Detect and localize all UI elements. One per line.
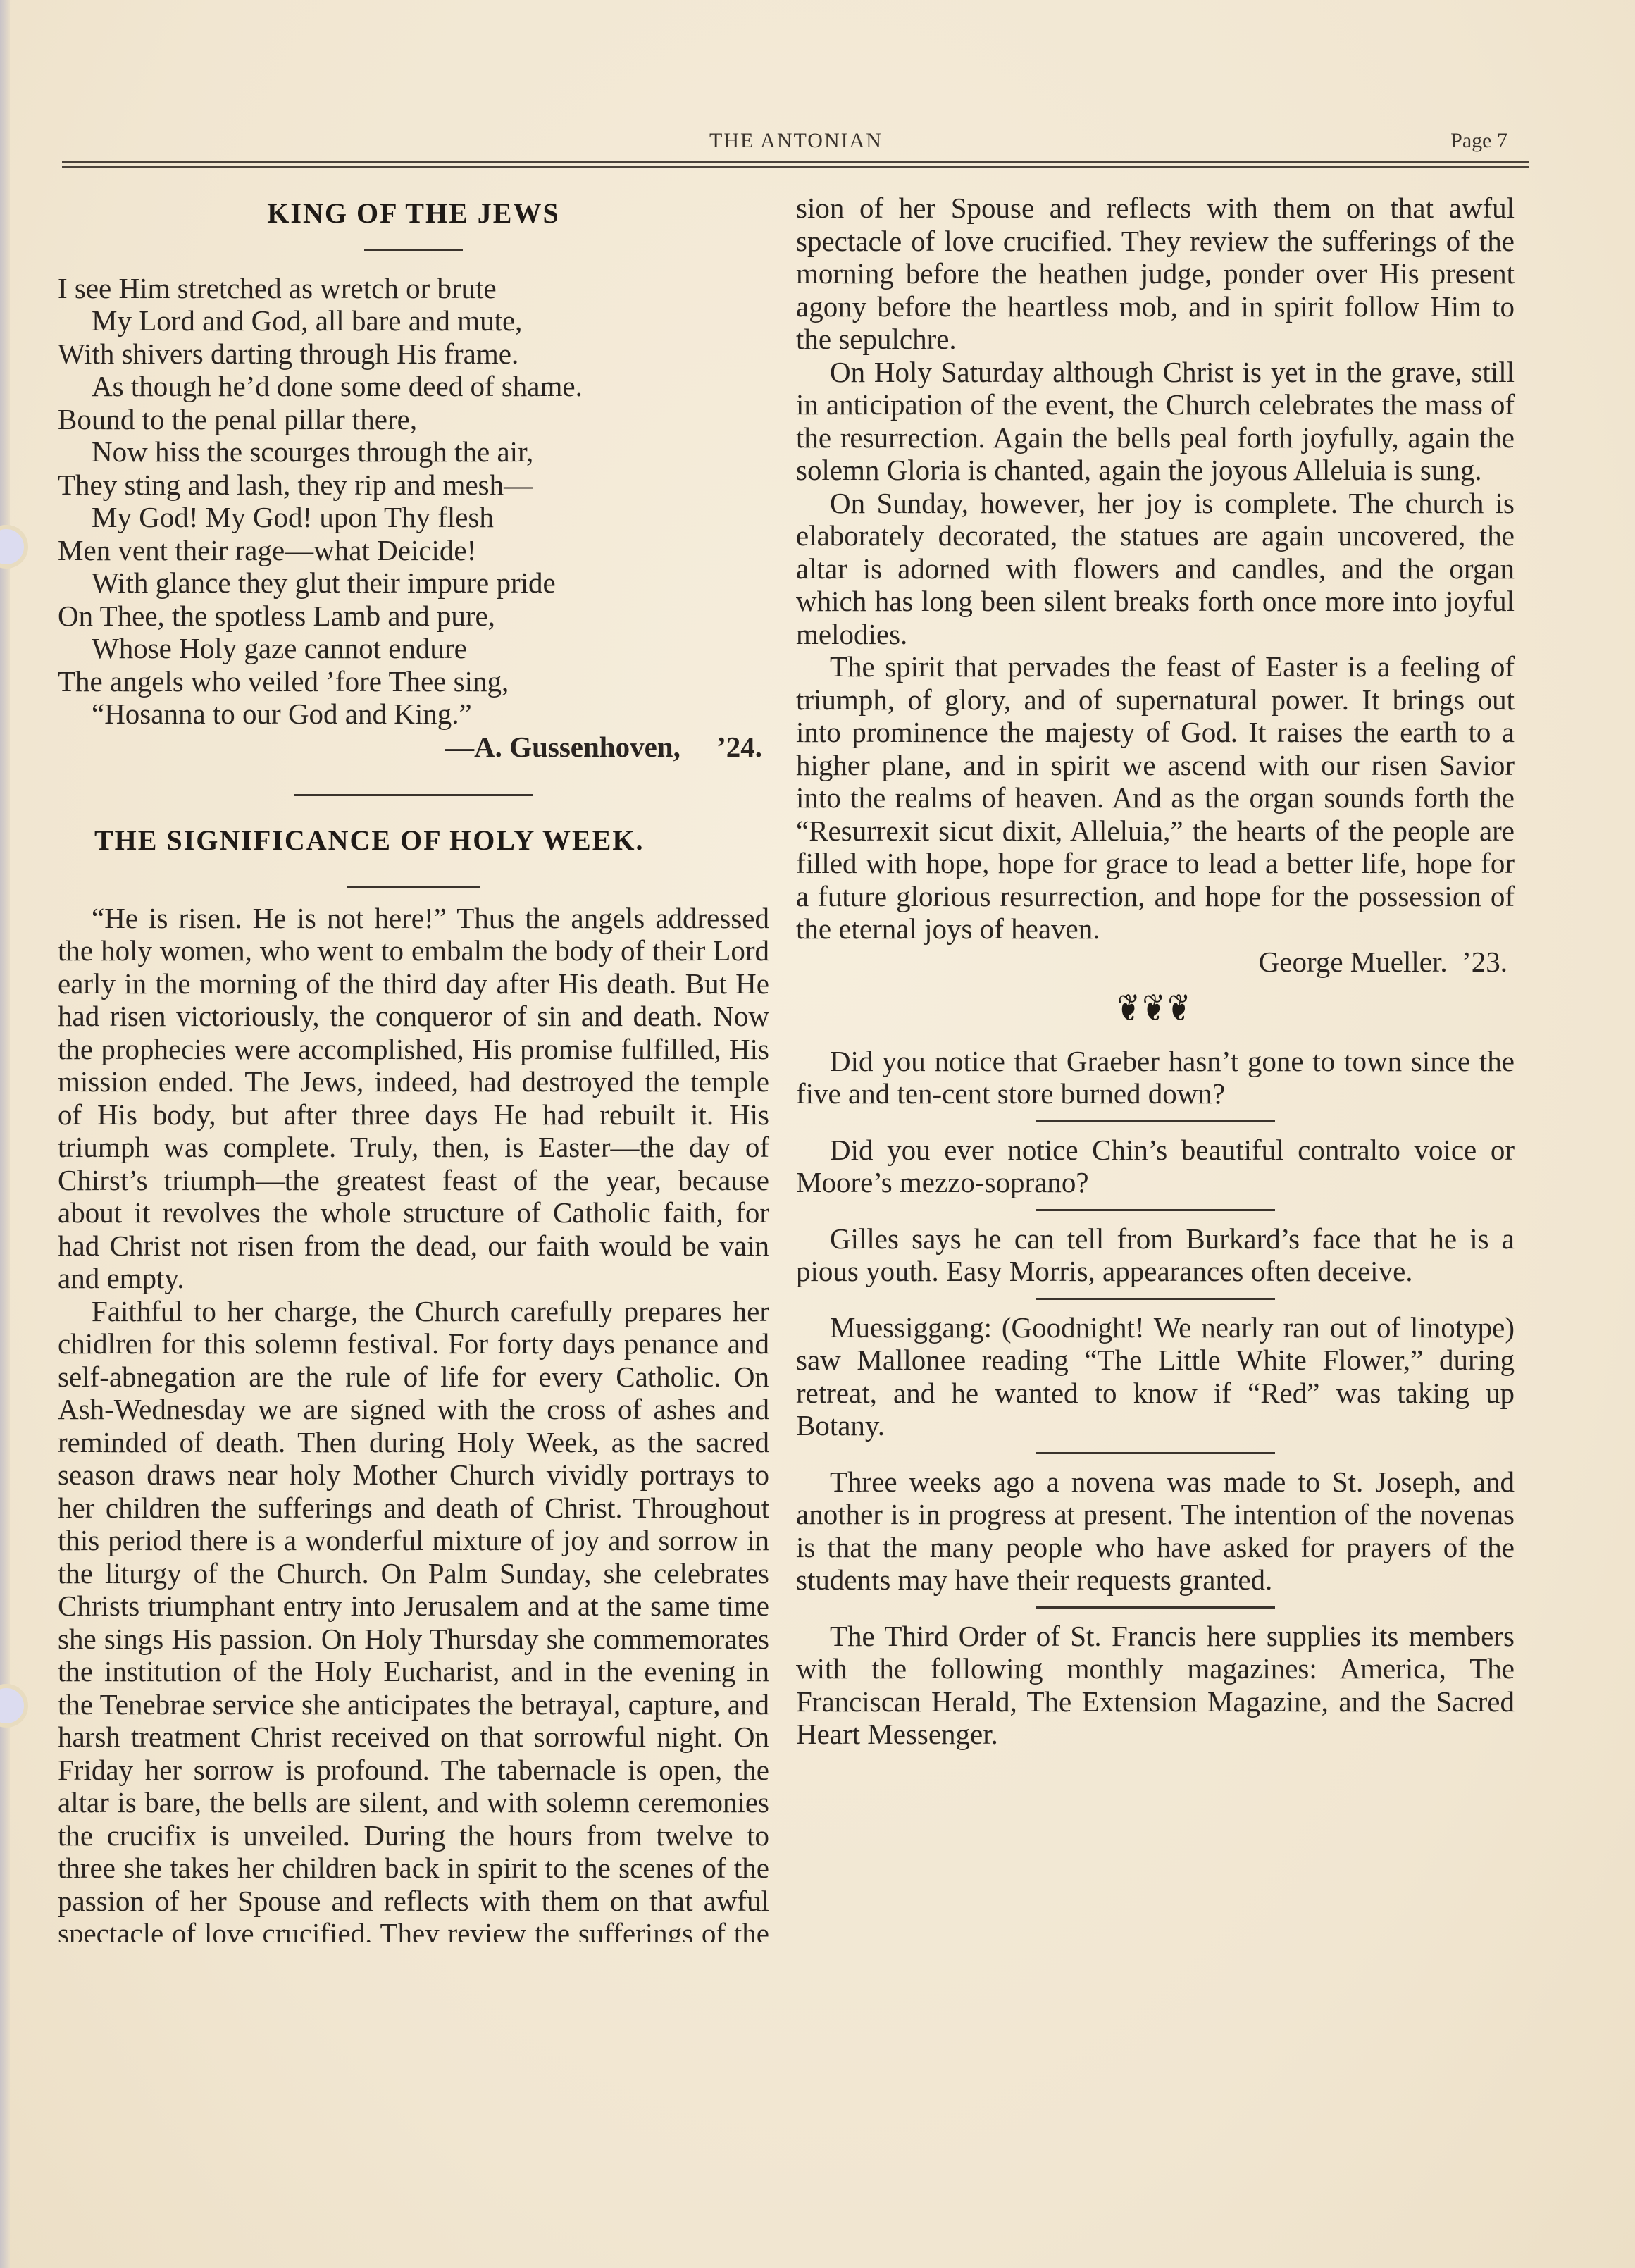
leaf-ornament-icon: ❦❦❦ (796, 992, 1515, 1025)
poem-line: With glance they glut their impure pride (58, 566, 769, 600)
article-paragraph-continued: sion of her Spouse and reflects with the… (796, 192, 1515, 356)
poem-line: They sting and lash, they rip and mesh— (58, 469, 769, 502)
right-column: sion of her Spouse and reflects with the… (796, 192, 1515, 1751)
note-divider (1036, 1298, 1275, 1300)
poem-line: “Hosanna to our God and King.” (58, 698, 769, 731)
note-divider (1036, 1209, 1275, 1211)
note-item: The Third Order of St. Francis here supp… (796, 1620, 1515, 1751)
note-item: Gilles says he can tell from Burkard’s f… (796, 1222, 1515, 1288)
punch-hole-icon (0, 525, 28, 569)
note-item: Did you notice that Graeber hasn’t gone … (796, 1045, 1515, 1110)
poem-line: Men vent their rage—what Deicide! (58, 534, 769, 567)
punch-hole-icon (0, 1684, 28, 1728)
page-edge (0, 0, 10, 2268)
section-rule (294, 794, 533, 796)
poem-body: I see Him stretched as wretch or brute M… (58, 272, 769, 764)
poem-line: As though he’d done some deed of shame. (58, 370, 769, 403)
poem-line: My Lord and God, all bare and mute, (58, 304, 769, 337)
poem-line: On Thee, the spotless Lamb and pure, (58, 600, 769, 633)
header-double-rule (62, 161, 1529, 168)
poem-line: My God! My God! upon Thy flesh (58, 501, 769, 534)
article-paragraph: “He is risen. He is not here!” Thus the … (58, 902, 769, 1295)
title-rule (347, 886, 480, 888)
note-item: Did you ever notice Chin’s beautiful con… (796, 1134, 1515, 1199)
publication-title: THE ANTONIAN (63, 129, 1529, 153)
note-divider (1036, 1606, 1275, 1609)
note-divider (1036, 1452, 1275, 1454)
poem-byline: —A. Gussenhoven, ’24. (58, 731, 769, 764)
left-column: KING OF THE JEWS I see Him stretched as … (58, 192, 769, 1942)
page-number: Page 7 (1450, 129, 1507, 153)
article-paragraph-part1: Faithful to her charge, the Church caref… (58, 1295, 769, 1942)
newspaper-page: THE ANTONIAN Page 7 KING OF THE JEWS I s… (0, 0, 1635, 2268)
poem-line: I see Him stretched as wretch or brute (58, 272, 769, 305)
poem-line: Bound to the penal pillar there, (58, 403, 769, 436)
poem-line: The angels who veiled ’fore Thee sing, (58, 665, 769, 698)
article-paragraph: On Holy Saturday although Christ is yet … (796, 356, 1515, 487)
article-paragraph: The spirit that pervades the feast of Ea… (796, 650, 1515, 946)
article-byline: George Mueller. ’23. (796, 946, 1515, 979)
poem-line: Now hiss the scourges through the air, (58, 435, 769, 469)
poem-line: Whose Holy gaze cannot endure (58, 632, 769, 665)
note-item: Muessiggang: (Goodnight! We nearly ran o… (796, 1311, 1515, 1442)
poem-line: With shivers darting through His frame. (58, 337, 769, 371)
note-divider (1036, 1120, 1275, 1122)
poem-title: KING OF THE JEWS (58, 197, 769, 230)
note-item: Three weeks ago a novena was made to St.… (796, 1465, 1515, 1597)
article-paragraph: On Sunday, however, her joy is complete.… (796, 487, 1515, 651)
article-title: THE SIGNIFICANCE OF HOLY WEEK. (58, 824, 769, 857)
title-rule (364, 249, 463, 251)
running-header: THE ANTONIAN Page 7 (63, 129, 1529, 157)
